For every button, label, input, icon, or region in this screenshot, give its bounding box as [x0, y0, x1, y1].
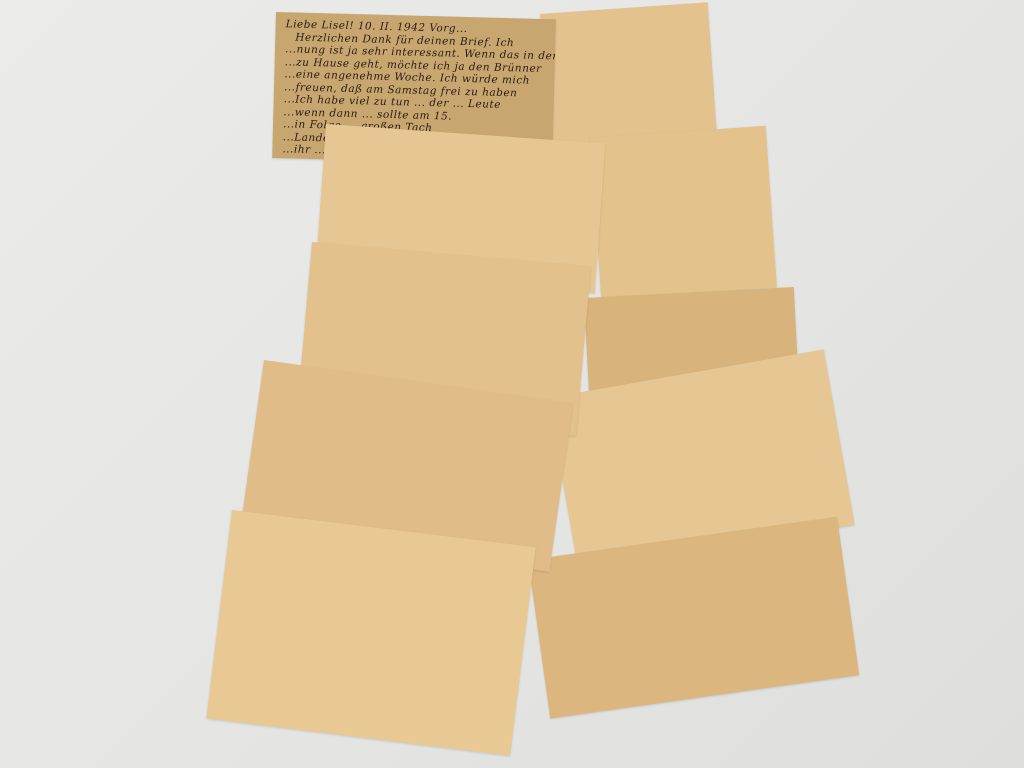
postcard-bottom-left: [206, 510, 535, 756]
postcard-right-2: [590, 126, 777, 300]
